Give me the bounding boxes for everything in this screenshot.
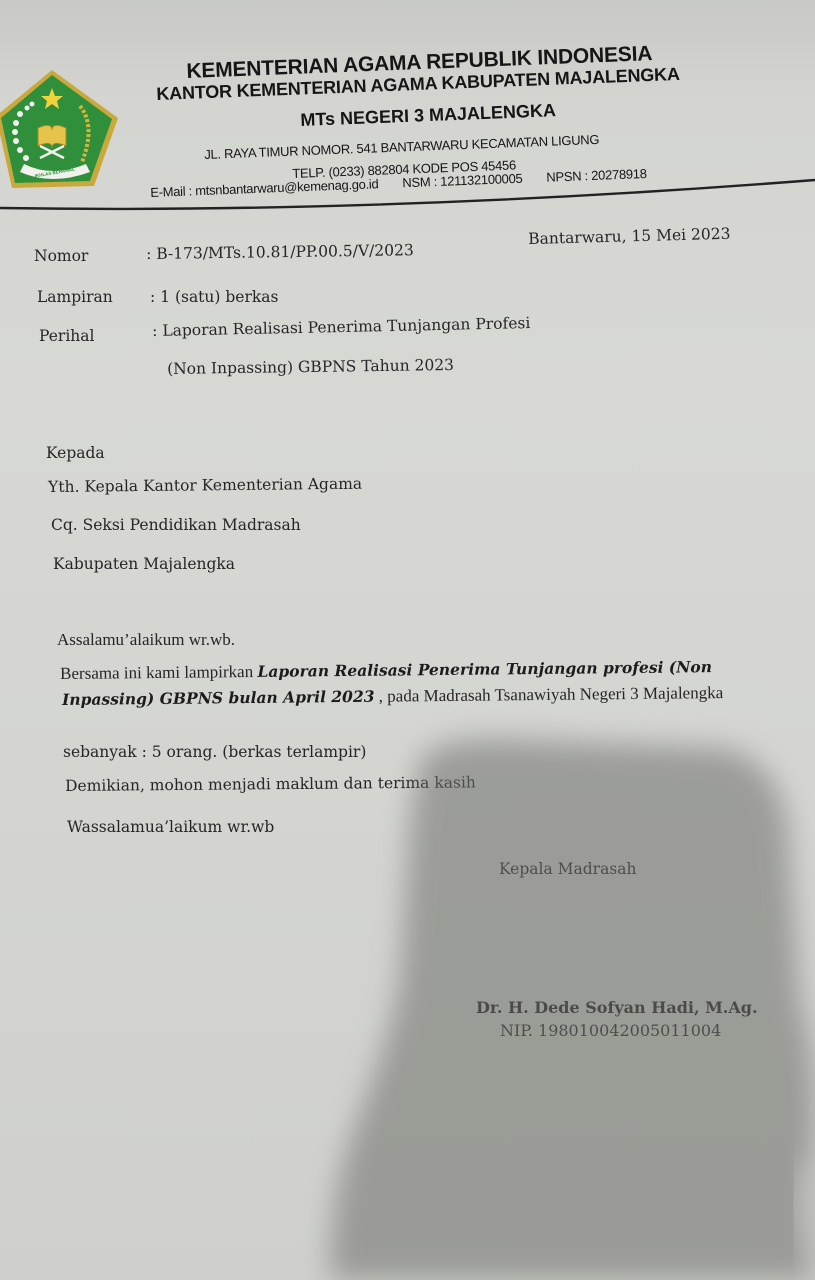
school-title: MTs NEGERI 3 MAJALENGKA [300,100,556,131]
perihal-value-2: (Non Inpassing) GBPNS Tahun 2023 [167,356,454,378]
nsm-text: NSM : 121132100005 [402,171,523,191]
kemenag-emblem-icon: IKHLAS BERAMAL [0,66,122,190]
recipient-section: Cq. Seksi Pendidikan Madrasah [51,516,301,534]
place-date: Bantarwaru, 15 Mei 2023 [528,225,731,248]
email-text: E-Mail : mtsnbantarwaru@kemenag.go.id [150,176,379,200]
lampiran-label: Lampiran [37,288,113,306]
recipient-kepada: Kepada [46,444,105,462]
signatory-name: Dr. H. Dede Sofyan Hadi, M.Ag. [476,998,758,1017]
farewell: Wassalamua’laikum wr.wb [67,818,274,836]
report-title-bold-cont: Inpassing) GBPNS bulan April 2023 [62,687,375,709]
perihal-value-1: : Laporan Realisasi Penerima Tunjangan P… [152,314,531,340]
greeting: Assalamu’alaikum wr.wb. [57,630,235,650]
letter-page: IKHLAS BERAMAL KEMENTERIAN AGAMA REPUBLI… [0,0,815,1280]
recipient-district: Kabupaten Majalengka [53,555,235,573]
address-line: JL. RAYA TIMUR NOMOR. 541 BANTARWARU KEC… [204,132,599,162]
body-paragraph-line-2: Inpassing) GBPNS bulan April 2023 , pada… [62,683,723,710]
closing-line: Demikian, mohon menjadi maklum dan terim… [65,773,476,795]
npsn-text: NPSN : 20278918 [546,166,647,185]
body-paragraph-line-1: Bersama ini kami lampirkan Laporan Reali… [60,657,712,684]
nomor-value: : B-173/MTs.10.81/PP.00.5/V/2023 [146,241,414,263]
signatory-nip: NIP. 198010042005011004 [500,1021,721,1040]
body-count: sebanyak : 5 orang. (berkas terlampir) [63,743,366,761]
recipient-title: Yth. Kepala Kantor Kementerian Agama [48,475,362,496]
report-title-bold: Laporan Realisasi Penerima Tunjangan pro… [257,657,712,681]
perihal-label: Perihal [39,327,94,345]
nomor-label: Nomor [34,247,88,265]
lampiran-value: : 1 (satu) berkas [150,288,278,306]
signatory-title: Kepala Madrasah [499,860,637,878]
